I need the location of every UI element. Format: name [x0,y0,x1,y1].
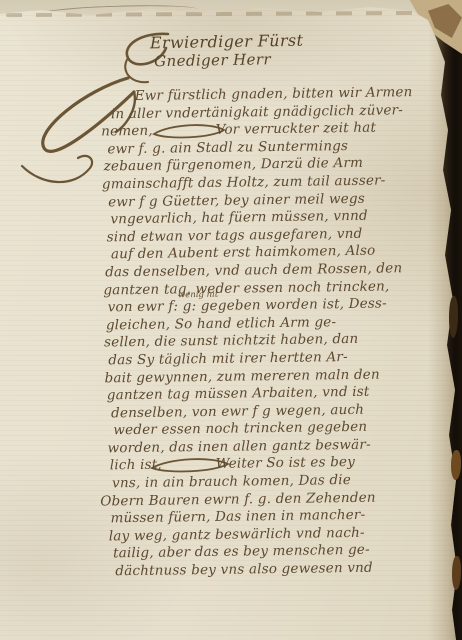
manuscript-body: Ewr fürstlich gnaden, bitten wir Armen i… [101,84,456,581]
salutation-line: Erwierdiger Fürst [150,31,304,53]
salutation: Erwierdiger Fürst Gnediger Herr [150,31,304,72]
interlinear-insertion: wenig nit [178,290,218,301]
manuscript-text-line: dächtnuss bey vns also gewesen vnd [115,559,455,581]
salutation-line: Gnediger Herr [154,50,304,72]
manuscript-photo: Erwierdiger Fürst Gnediger Herr Ewr fürs… [0,0,462,640]
manuscript-page: Erwierdiger Fürst Gnediger Herr Ewr fürs… [0,0,462,640]
